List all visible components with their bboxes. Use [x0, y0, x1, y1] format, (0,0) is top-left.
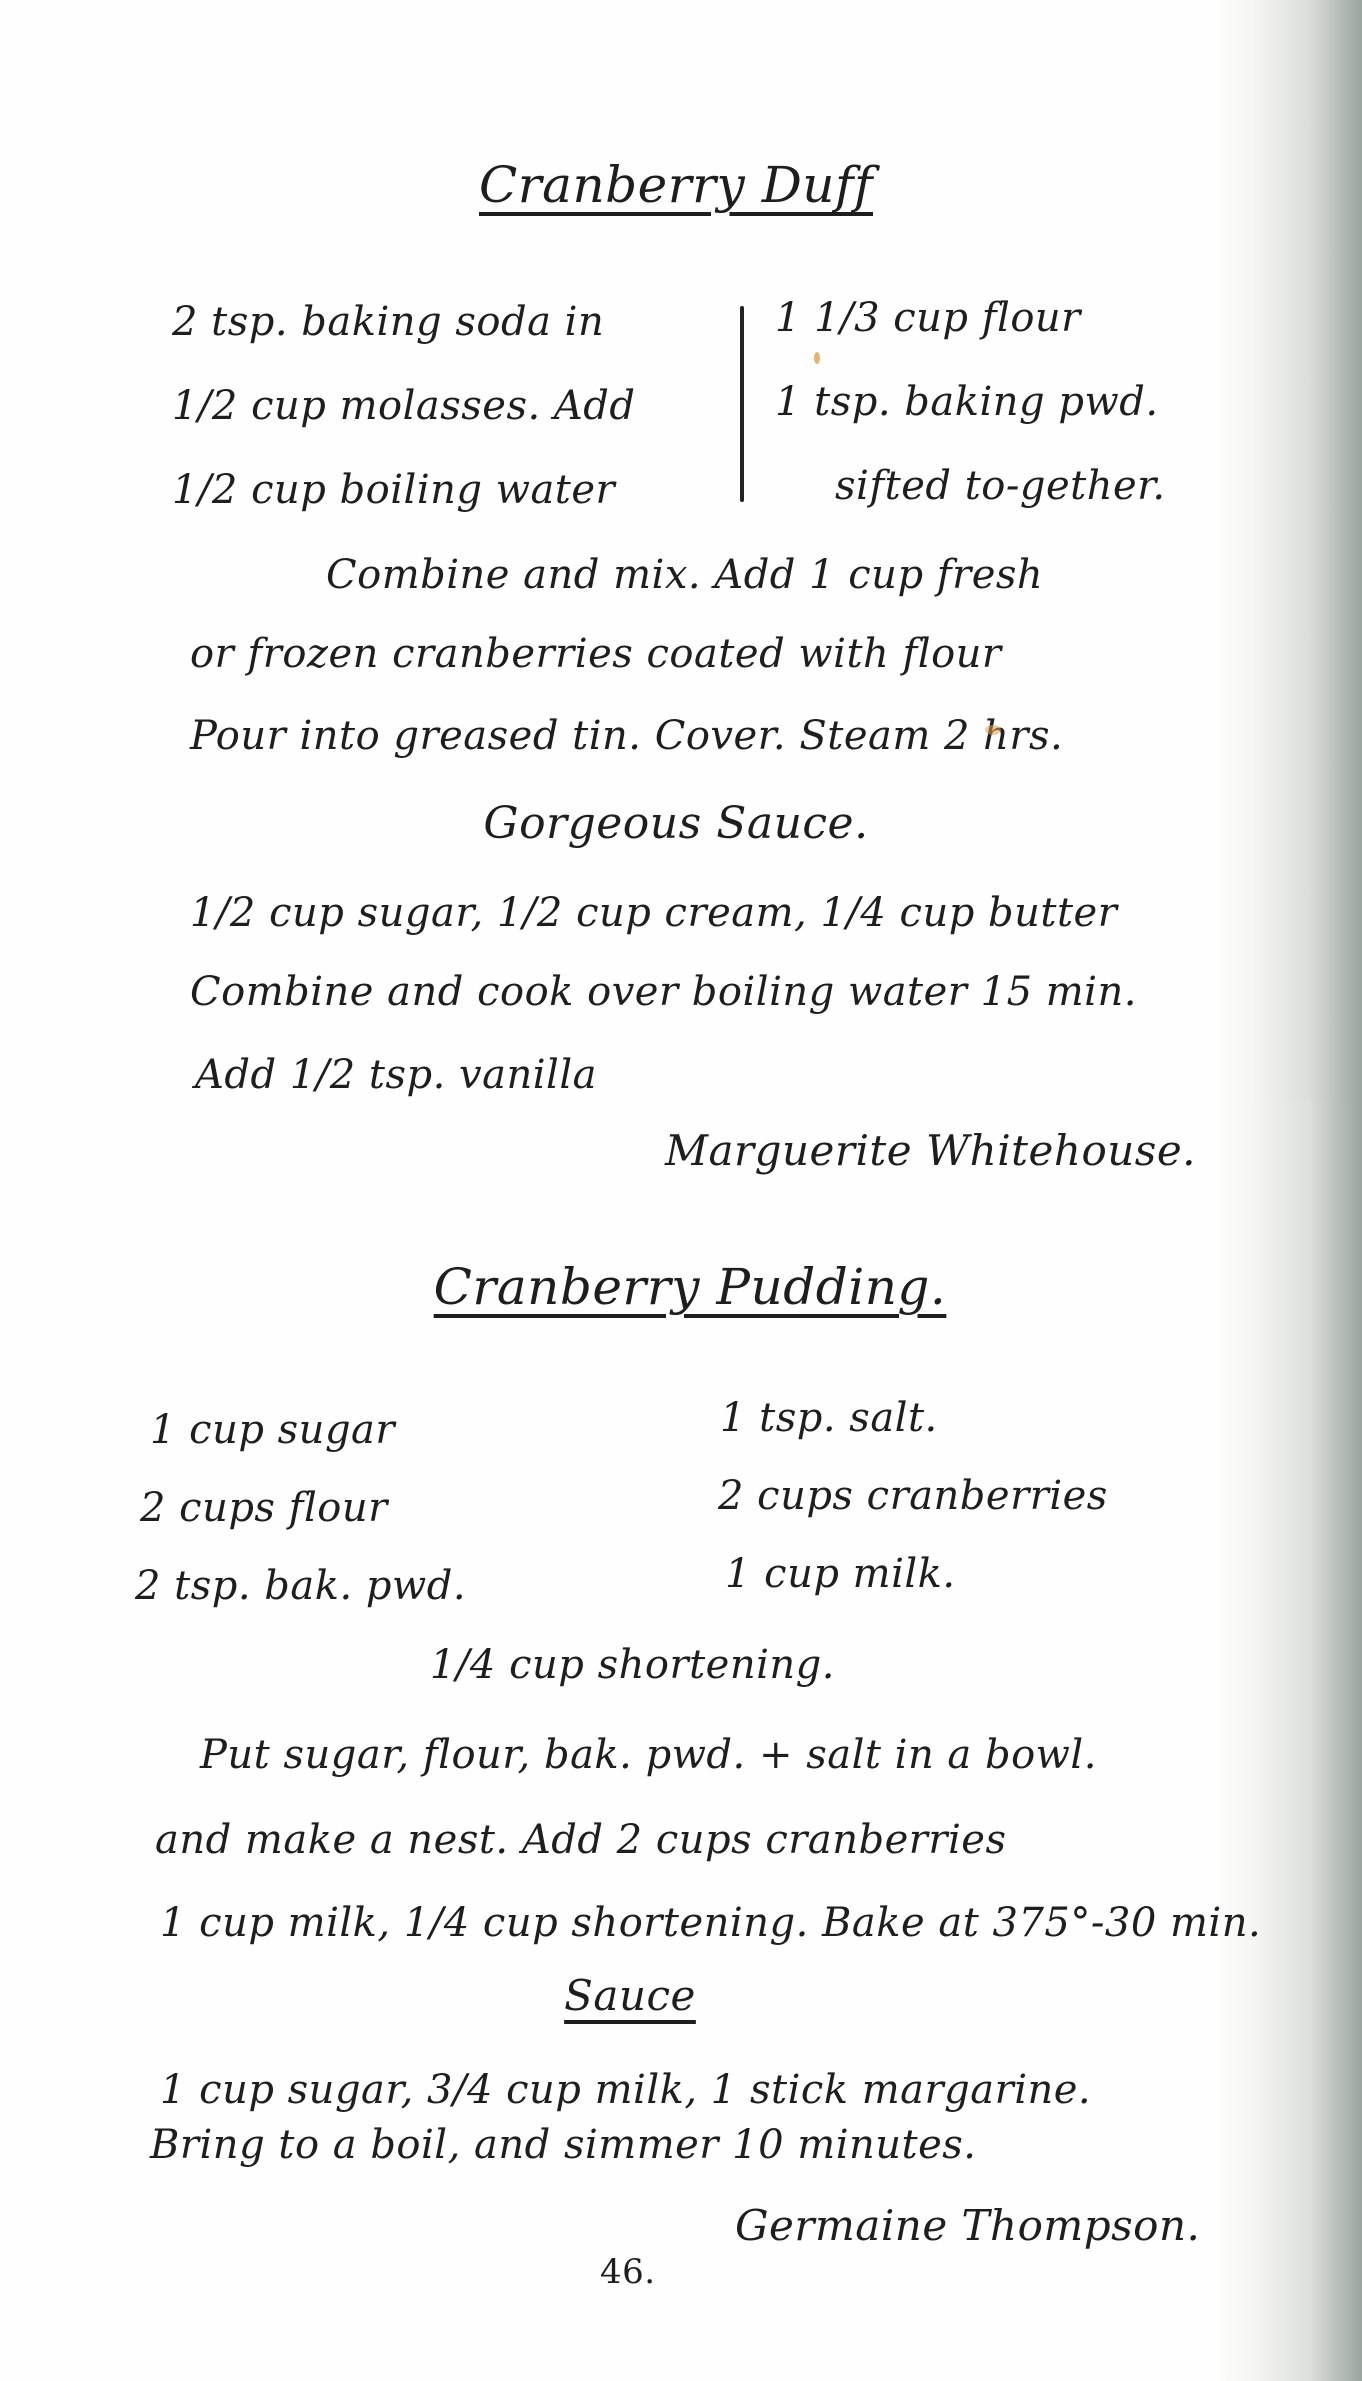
author-signature-thompson: Germaine Thompson. — [735, 2205, 1200, 2247]
duff-ingredient-left-2: 1/2 cup molasses. Add — [172, 386, 636, 426]
recipe-title-cranberry-pudding: Cranberry Pudding. — [434, 1262, 947, 1312]
pudding-instruction-3: 1 cup milk, 1/4 cup shortening. Bake at … — [160, 1903, 1261, 1943]
author-signature-whitehouse: Marguerite Whitehouse. — [665, 1130, 1196, 1172]
page-number: 46. — [600, 2255, 656, 2289]
gorgeous-sauce-line-1: 1/2 cup sugar, 1/2 cup cream, 1/4 cup bu… — [190, 893, 1117, 933]
pudding-ingredient-right-3: 1 cup milk. — [725, 1554, 956, 1594]
pudding-ingredient-right-2: 2 cups cranberries — [718, 1476, 1108, 1516]
pudding-instruction-2: and make a nest. Add 2 cups cranberries — [155, 1820, 1007, 1860]
duff-instruction-2: or frozen cranberries coated with flour — [190, 634, 1002, 674]
pudding-ingredient-left-1: 1 cup sugar — [150, 1410, 395, 1450]
ingredient-column-divider — [740, 306, 744, 502]
gorgeous-sauce-line-3: Add 1/2 tsp. vanilla — [195, 1055, 597, 1095]
gorgeous-sauce-line-2: Combine and cook over boiling water 15 m… — [190, 972, 1137, 1012]
duff-ingredient-right-3: sifted to-gether. — [835, 466, 1166, 506]
duff-ingredient-left-1: 2 tsp. baking soda in — [172, 302, 604, 342]
pudding-sauce-line-1: 1 cup sugar, 3/4 cup milk, 1 stick marga… — [160, 2070, 1091, 2110]
pudding-ingredient-left-2: 2 cups flour — [140, 1488, 388, 1528]
paper-stain — [985, 725, 1001, 735]
recipe-title-cranberry-duff: Cranberry Duff — [479, 160, 873, 210]
pudding-instruction-1: Put sugar, flour, bak. pwd. + salt in a … — [200, 1735, 1097, 1775]
pudding-ingredient-shortening: 1/4 cup shortening. — [430, 1645, 835, 1685]
duff-ingredient-left-3: 1/2 cup boiling water — [172, 470, 615, 510]
recipe-page: Cranberry Duff 2 tsp. baking soda in 1/2… — [0, 0, 1362, 2381]
pudding-ingredient-left-3: 2 tsp. bak. pwd. — [135, 1566, 466, 1606]
duff-ingredient-right-2: 1 tsp. baking pwd. — [775, 382, 1159, 422]
pudding-sauce-line-2: Bring to a boil, and simmer 10 minutes. — [150, 2125, 977, 2165]
duff-instruction-3: Pour into greased tin. Cover. Steam 2 hr… — [190, 716, 1063, 756]
paper-stain — [814, 352, 820, 364]
sauce-title-gorgeous: Gorgeous Sauce. — [483, 802, 868, 846]
sauce-title-pudding: Sauce — [564, 1975, 696, 2017]
page-gutter-shadow — [1212, 0, 1362, 2381]
duff-instruction-1: Combine and mix. Add 1 cup fresh — [326, 555, 1043, 595]
duff-ingredient-right-1: 1 1/3 cup flour — [775, 298, 1081, 338]
pudding-ingredient-right-1: 1 tsp. salt. — [720, 1398, 938, 1438]
